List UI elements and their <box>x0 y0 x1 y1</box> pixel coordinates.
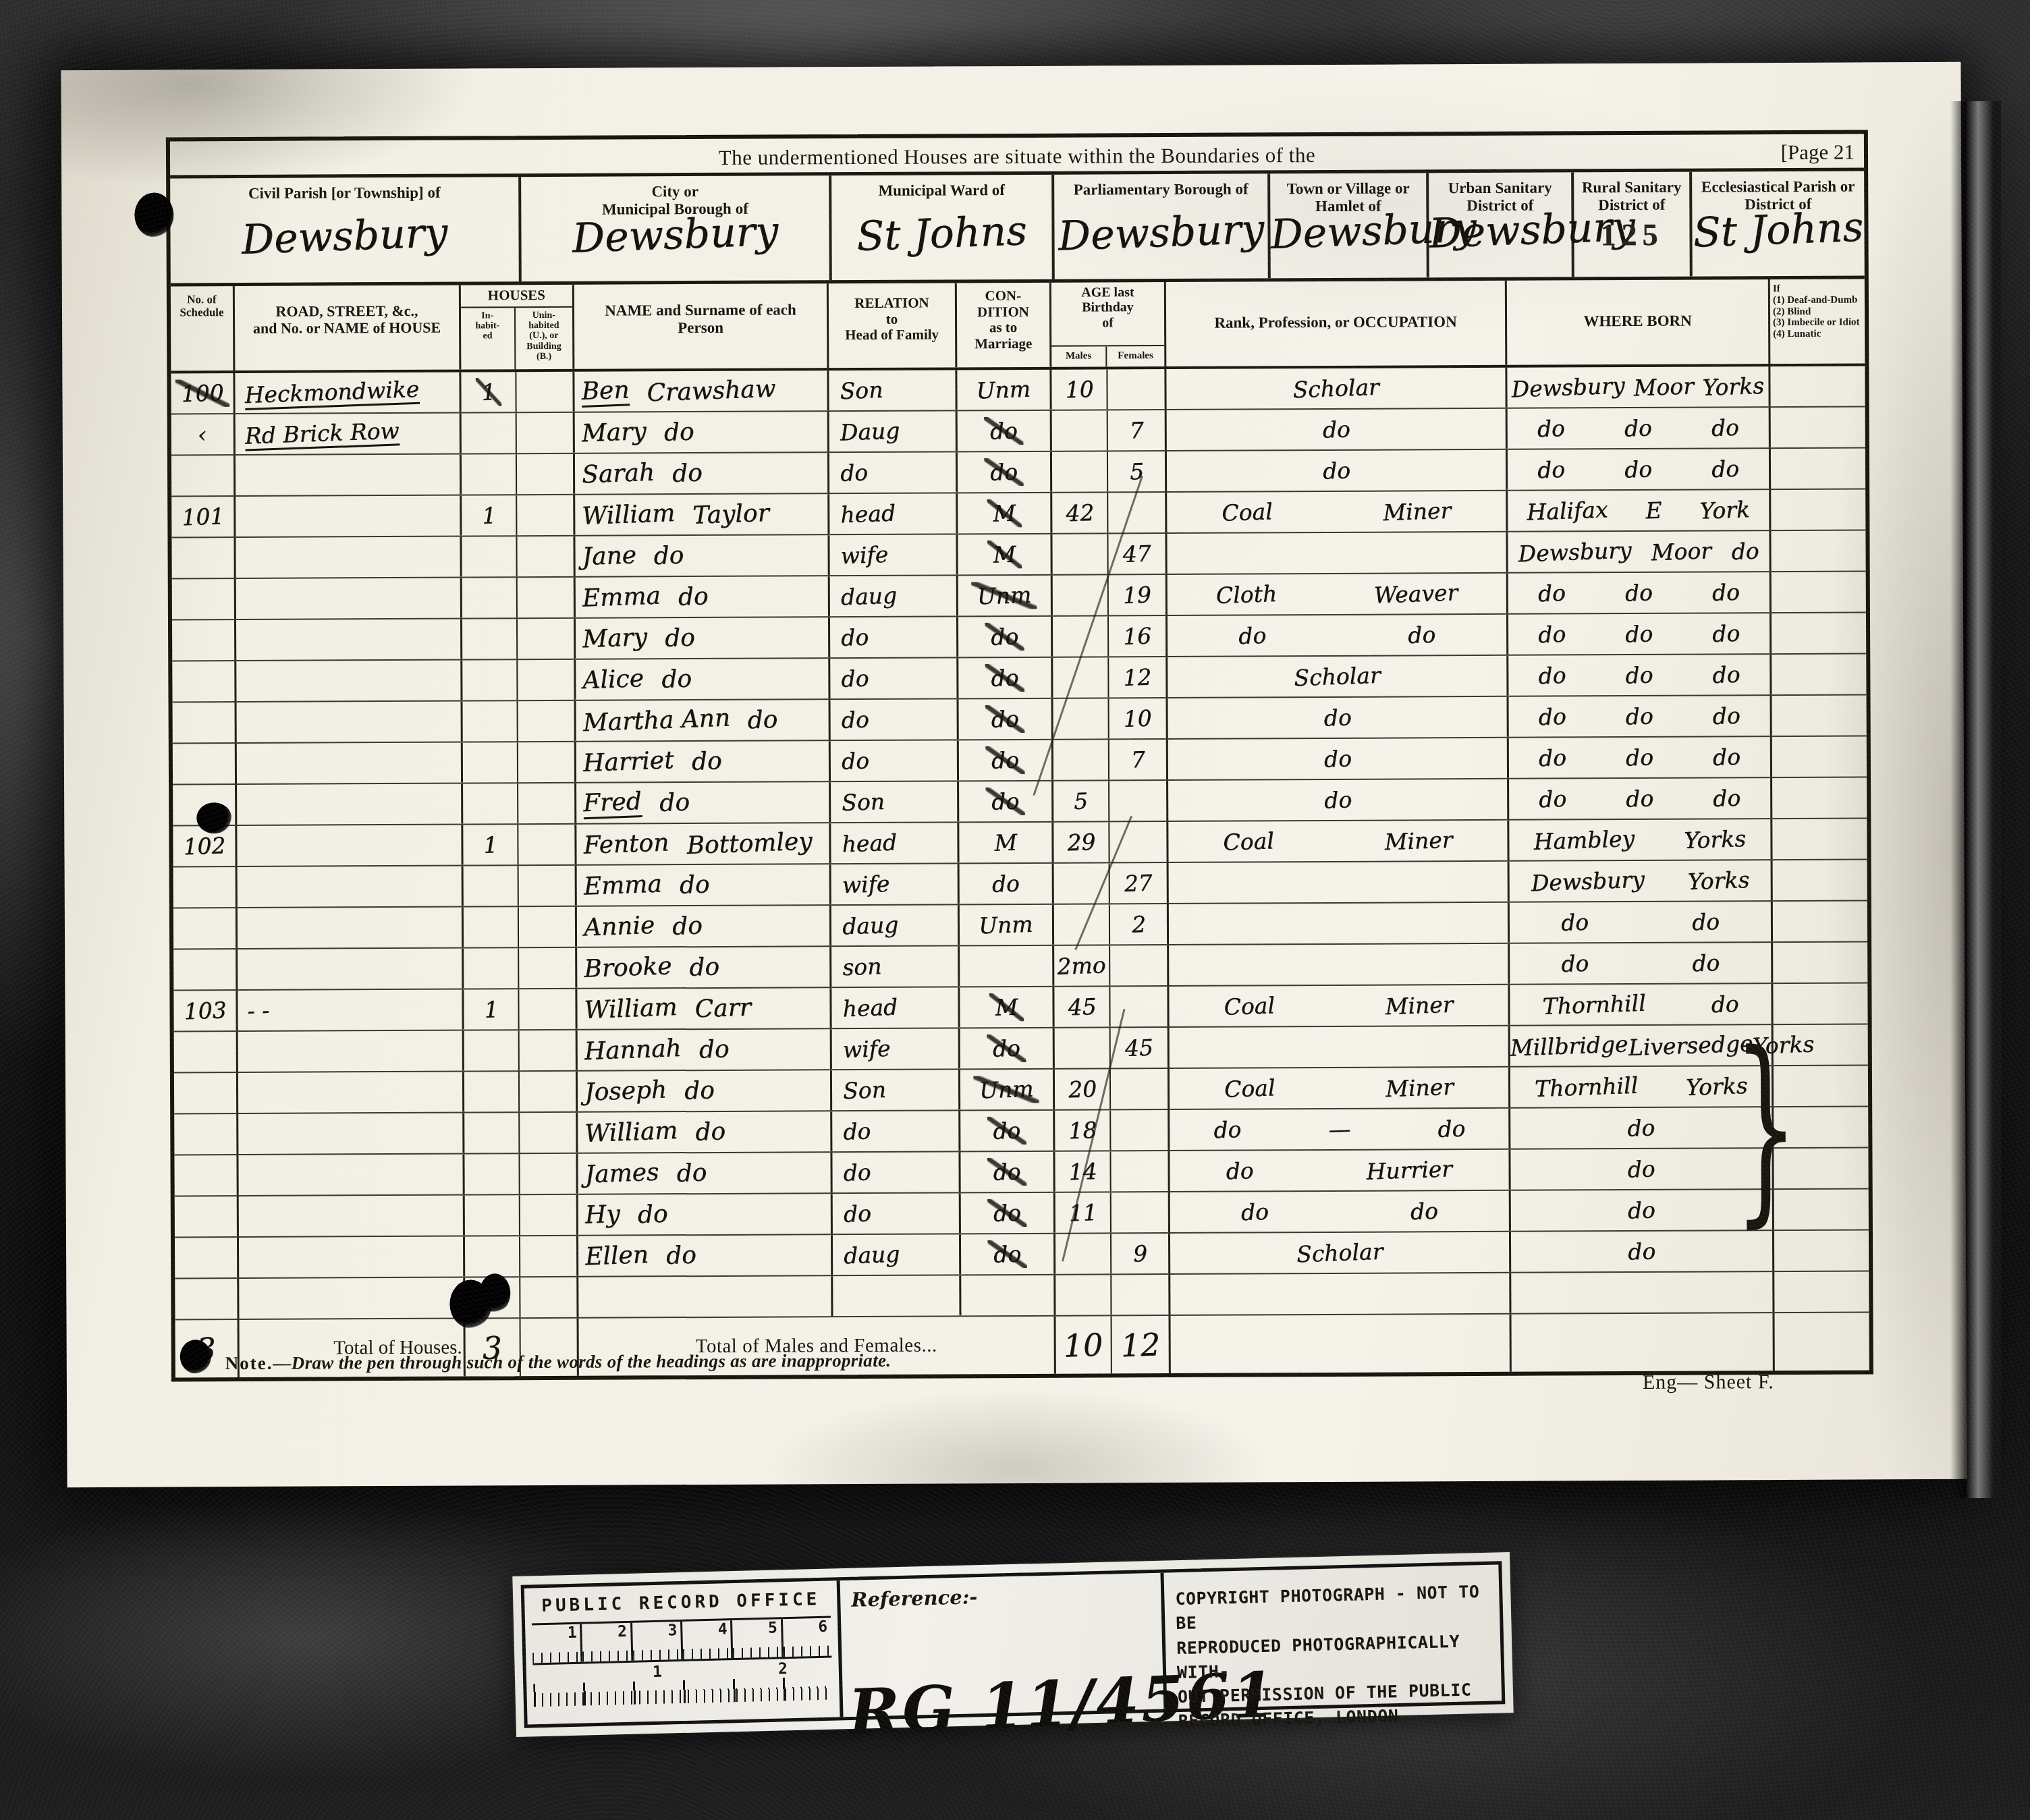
cell-age-female <box>1112 1192 1170 1232</box>
cell-road <box>239 1196 465 1236</box>
cell-inhabited <box>464 1072 520 1111</box>
cell-inhabited <box>465 1195 520 1235</box>
cell-uninhabited <box>516 372 574 412</box>
cell-age-male <box>1053 740 1109 779</box>
cell-name: Jamesdo <box>578 1153 832 1194</box>
cell-age-female <box>1112 1275 1170 1315</box>
cell-name: Williamdo <box>578 1111 832 1153</box>
census-row: Brookedoson2mododo <box>173 942 1867 991</box>
cell-age-male <box>1055 1275 1112 1315</box>
census-row: JosephdoSonUnm20CoalMinerThornhillYorks <box>174 1066 1868 1114</box>
cell-schedule <box>173 949 238 989</box>
header-road: ROAD, STREET, &c., and No. or NAME of HO… <box>235 285 462 370</box>
cell-road <box>238 1155 464 1195</box>
cell-born <box>1511 1272 1774 1313</box>
census-row: Harrietdododo7dodododo <box>173 736 1867 785</box>
cell-occupation: do <box>1168 779 1509 821</box>
cell-occupation <box>1170 1026 1510 1068</box>
cell-uninhabited <box>519 948 577 988</box>
cell-uninhabited <box>518 619 576 659</box>
cell-road <box>236 537 462 578</box>
census-page: The undermentioned Houses are situate wi… <box>61 62 1967 1487</box>
district-cell: Urban Sanitary District ofDewsbury <box>1429 172 1574 277</box>
stamp-reference-section: Reference:- RG 11/4561 <box>840 1573 1168 1717</box>
cell-relation: daug <box>830 576 958 616</box>
census-row: AnniedodaugUnm2dodo <box>173 901 1867 949</box>
ruler-inch-cell: 5 <box>732 1619 784 1658</box>
district-label: Parliamentary Borough of <box>1054 173 1267 199</box>
cell-condition: do <box>959 781 1053 822</box>
cell-born: dododo <box>1508 655 1772 696</box>
cell-relation: do <box>832 1111 960 1151</box>
census-row: 1021FentonBottomleyheadM29CoalMinerHambl… <box>173 819 1867 867</box>
ruler-inch-cell: 1 <box>532 1624 583 1663</box>
cell-road: Heckmondwike <box>235 373 461 413</box>
district-value: St Johns <box>831 206 1052 262</box>
cell-inhabited <box>463 701 518 741</box>
cell-uninhabited <box>520 1072 578 1111</box>
cell-name: WilliamCarr <box>577 988 831 1029</box>
cell-inhabited <box>464 1113 520 1153</box>
cell-occupation <box>1167 532 1508 574</box>
cell-name: WilliamTaylor <box>575 494 829 535</box>
district-value: St Johns <box>1691 204 1865 257</box>
cell-uninhabited <box>520 1236 578 1276</box>
stamp-ruler-inches: 123456 <box>532 1616 831 1665</box>
cell-occupation: CoalMiner <box>1169 985 1510 1026</box>
cell-name: Marydo <box>576 617 830 659</box>
cell-age-female: 27 <box>1110 863 1169 903</box>
census-row: Ellendodaugdo9Scholardo <box>175 1230 1869 1279</box>
cell-name: Marydo <box>575 412 829 453</box>
cell-disability <box>1772 572 1866 612</box>
cell-condition <box>960 946 1054 987</box>
header-uninhabited: Unin- habited (U.), or Building (B.) <box>516 307 573 369</box>
cell-condition: M <box>958 534 1052 575</box>
cell-born: dodo <box>1510 943 1773 984</box>
cell-inhabited: 1 <box>464 989 519 1029</box>
cell-disability <box>1771 448 1865 489</box>
page-title: The undermentioned Houses are situate wi… <box>170 140 1864 172</box>
district-value: Dewsbury <box>1053 205 1268 260</box>
cell-uninhabited <box>518 578 576 617</box>
cell-road <box>236 578 462 619</box>
cell-born: HambleyYorks <box>1509 819 1772 860</box>
census-row: Marydododo16dododododo <box>172 613 1866 661</box>
header-males: Males <box>1051 346 1107 366</box>
cell-inhabited <box>462 578 518 617</box>
cell-relation: head <box>831 823 959 863</box>
page-edge-shadow <box>1950 101 2001 1498</box>
cell-occupation <box>1169 862 1510 903</box>
stamp-ruler-fine: 1 2 <box>533 1661 833 1707</box>
cell-schedule <box>173 908 238 948</box>
cell-age-male <box>1052 451 1108 491</box>
cell-age-male <box>1053 657 1109 697</box>
cell-disability <box>1772 777 1867 818</box>
cell-relation <box>833 1275 961 1316</box>
cell-condition <box>961 1275 1055 1316</box>
cell-relation: daug <box>833 1234 961 1275</box>
cell-occupation: do—do <box>1170 1109 1510 1150</box>
cell-inhabited <box>463 742 518 782</box>
cell-road <box>236 619 462 660</box>
ink-blot <box>479 1273 510 1313</box>
cell-age-male: 20 <box>1055 1069 1111 1109</box>
cell-condition: M <box>958 493 1052 534</box>
cell-uninhabited <box>517 536 575 576</box>
cell-age-male: 2mo <box>1054 945 1110 985</box>
cell-age-female <box>1111 1151 1170 1191</box>
cell-road <box>237 743 463 783</box>
district-cell: Rural Sanitary District of125 <box>1574 172 1693 277</box>
cell-age-male: 11 <box>1055 1192 1112 1232</box>
cell-age-female <box>1111 1110 1170 1150</box>
cell-age-male <box>1052 534 1108 574</box>
cell-uninhabited <box>518 783 576 823</box>
stamp-reference-label: Reference:- <box>840 1573 1161 1612</box>
cell-name: Harrietdo <box>576 741 831 782</box>
census-table: The undermentioned Houses are situate wi… <box>166 130 1873 1381</box>
cell-uninhabited <box>517 454 575 494</box>
cell-age-male: 5 <box>1053 781 1109 821</box>
cell-road <box>238 949 464 989</box>
cell-born: dododo <box>1509 696 1772 737</box>
cell-uninhabited <box>517 413 575 453</box>
cell-relation: head <box>829 493 958 534</box>
cell-inhabited: 1 <box>463 825 518 864</box>
district-cell: Town or Village or Hamlet ofDewsbury <box>1270 173 1429 278</box>
cell-condition: Unm <box>957 370 1051 410</box>
cell-road <box>236 455 462 495</box>
cell-relation: do <box>833 1193 961 1234</box>
cell-born: DewsburyMoordo <box>1508 531 1771 572</box>
cell-uninhabited <box>520 1195 578 1235</box>
cell-inhabited <box>464 1154 520 1194</box>
cell-condition: do <box>958 411 1052 451</box>
cell-uninhabited <box>520 1277 578 1317</box>
cell-occupation: CoalMiner <box>1170 1068 1510 1109</box>
census-row: Hannahdowifedo45MillbridgeLiversedgeYork… <box>174 1024 1868 1073</box>
cell-name: Josephdo <box>578 1070 832 1111</box>
cell-disability <box>1773 860 1867 900</box>
cell-condition: do <box>961 1193 1055 1234</box>
district-label: Municipal Ward of <box>831 175 1051 200</box>
cell-occupation: do <box>1168 738 1509 779</box>
cell-occupation: CoalMiner <box>1167 491 1508 532</box>
cell-age-male <box>1055 1028 1111 1068</box>
cell-relation: Son <box>829 370 957 410</box>
cell-schedule: ‹ <box>171 414 236 454</box>
cell-age-male <box>1052 410 1108 450</box>
district-cell: Municipal Ward ofSt Johns <box>831 175 1055 280</box>
cell-road <box>237 702 463 742</box>
cell-relation: Son <box>831 781 959 822</box>
footer-note: Note.—Draw the pen through such of the w… <box>225 1350 891 1374</box>
cell-occupation <box>1169 944 1510 985</box>
district-cell: Civil Parish [or Township] ofDewsbury <box>170 177 522 283</box>
cell-disability <box>1774 1271 1869 1312</box>
cell-disability <box>1771 530 1865 571</box>
cell-age-male <box>1053 698 1109 738</box>
cell-age-female: 47 <box>1108 534 1167 574</box>
cell-relation: wife <box>832 1028 960 1069</box>
cell-occupation <box>1169 903 1510 944</box>
cell-inhabited <box>462 660 518 700</box>
cell-road <box>236 496 462 536</box>
cell-road <box>238 908 464 948</box>
cell-inhabited <box>462 413 517 453</box>
cell-disability <box>1773 942 1867 983</box>
header-age-group: AGE last Birthday of Males Females <box>1051 282 1167 367</box>
cell-schedule <box>171 456 236 495</box>
cell-inhabited <box>462 454 517 494</box>
cell-schedule <box>171 538 236 578</box>
cell-born: HalifaxEYork <box>1508 490 1771 531</box>
cell-uninhabited <box>520 1030 578 1070</box>
cell-age-female: 2 <box>1110 904 1169 944</box>
cell-schedule: 101 <box>171 497 236 536</box>
cell-name: Emmado <box>576 576 830 617</box>
cell-schedule: 102 <box>173 826 237 866</box>
census-row: 1011WilliamTaylorheadM42CoalMinerHalifax… <box>171 489 1865 538</box>
page-number: [Page 21 <box>1781 140 1855 165</box>
cell-age-male: 42 <box>1052 493 1108 532</box>
cell-road: - - <box>238 990 464 1030</box>
ink-blot <box>196 802 231 833</box>
header-disability: If (1) Deaf-and-Dumb (2) Blind (3) Imbec… <box>1770 279 1865 364</box>
cell-disability <box>1770 366 1865 406</box>
cell-condition: M <box>959 823 1053 863</box>
ruler-inch-cell: 4 <box>682 1620 734 1659</box>
cell-inhabited <box>465 1236 520 1276</box>
cell-age-female: 7 <box>1108 410 1167 450</box>
header-relation: RELATION to Head of Family <box>829 283 958 368</box>
census-row: Sarahdododo5dodododo <box>171 448 1865 497</box>
cell-road <box>238 1031 464 1072</box>
cell-age-female <box>1109 822 1168 862</box>
pro-stamp: PUBLIC RECORD OFFICE 123456 1 2 Referenc… <box>512 1552 1513 1737</box>
cell-road <box>237 825 463 866</box>
header-houses: HOUSES <box>461 285 572 308</box>
cell-road <box>238 1072 464 1113</box>
cell-occupation: doHurrier <box>1170 1150 1510 1191</box>
ink-blot <box>134 192 173 237</box>
cell-road <box>236 661 462 701</box>
cell-condition: do <box>960 1111 1055 1151</box>
sheet-label: Eng— Sheet F. <box>1643 1371 1774 1394</box>
cell-condition: do <box>960 1152 1055 1192</box>
census-row: JanedowifeM47DewsburyMoordo <box>171 530 1865 579</box>
cell-name: Emmado <box>577 864 831 906</box>
cell-condition: do <box>960 864 1054 904</box>
header-females: Females <box>1107 346 1165 366</box>
cell-occupation: do <box>1167 450 1508 491</box>
stamp-copyright: COPYRIGHT PHOTOGRAPH - NOT TO BE REPRODU… <box>1163 1564 1502 1734</box>
cell-inhabited <box>462 536 517 576</box>
cell-born: dododo <box>1509 778 1772 819</box>
cell-uninhabited <box>518 660 576 700</box>
district-value: Dewsbury <box>169 206 519 266</box>
cell-age-female: 9 <box>1112 1234 1170 1273</box>
census-row: Hydododo11dododo <box>175 1189 1869 1238</box>
cell-relation: do <box>830 658 958 698</box>
cell-name: Brookedo <box>577 947 831 988</box>
cell-born: dodo <box>1510 902 1773 943</box>
cell-relation: daug <box>831 905 960 945</box>
cell-schedule <box>173 867 238 907</box>
cell-relation: wife <box>831 864 960 904</box>
cell-uninhabited <box>519 989 577 1029</box>
cell-name: Hydo <box>578 1194 833 1235</box>
cell-occupation: Scholar <box>1168 656 1508 697</box>
ruler-inch-cell: 6 <box>783 1618 832 1657</box>
header-born: WHERE BORN <box>1507 279 1771 365</box>
cell-schedule <box>174 1073 238 1113</box>
cell-age-female <box>1109 781 1168 821</box>
cell-age-female: 19 <box>1109 575 1168 615</box>
cell-age-female: 12 <box>1109 657 1168 697</box>
cell-disability <box>1771 407 1865 447</box>
cell-born: dododo <box>1508 572 1772 613</box>
cell-disability <box>1772 654 1866 694</box>
cell-occupation: dodo <box>1170 1191 1511 1232</box>
header-name: NAME and Surname of each Person <box>574 283 829 369</box>
census-row: FreddoSondo5dodododo <box>173 777 1867 826</box>
ruler-inch-cell: 3 <box>632 1622 684 1661</box>
cell-name: Martha Anndo <box>576 700 831 741</box>
cell-condition: do <box>960 1028 1055 1069</box>
cell-inhabited <box>463 783 518 823</box>
cell-condition: do <box>958 452 1052 493</box>
cell-occupation <box>1170 1273 1511 1315</box>
cell-condition: Unm <box>958 576 1053 616</box>
cell-age-female <box>1108 493 1167 532</box>
cell-inhabited <box>462 619 518 659</box>
cell-uninhabited <box>520 1154 578 1194</box>
header-age: AGE last Birthday of <box>1051 282 1164 346</box>
cell-born: dododo <box>1508 408 1771 449</box>
stamp-office-title: PUBLIC RECORD OFFICE <box>531 1589 831 1617</box>
cell-name: Freddo <box>576 782 831 823</box>
district-label: Civil Parish [or Township] of <box>170 177 518 203</box>
data-grid: 100Heckmondwike1BenCrawshawSonUnm10Schol… <box>171 366 1869 1320</box>
cell-schedule <box>172 579 236 619</box>
cell-schedule <box>172 661 236 701</box>
cell-schedule <box>174 1155 238 1195</box>
cell-relation: do <box>830 617 958 657</box>
census-row: ‹Rd Brick RowMarydoDaugdo7dodododo <box>171 407 1865 456</box>
header-schedule: No. of Schedule <box>171 286 236 370</box>
grouping-brace: } <box>1733 1026 1799 1229</box>
cell-born: dododo <box>1508 613 1772 655</box>
cell-road: Rd Brick Row <box>236 414 462 454</box>
census-row: EmmadodaugUnm19ClothWeaverdododo <box>172 572 1866 620</box>
census-row <box>175 1271 1869 1320</box>
cell-road <box>239 1278 465 1319</box>
cell-name: BenCrawshaw <box>574 370 829 412</box>
census-row: Emmadowifedo27DewsburyYorks <box>173 860 1867 908</box>
cell-inhabited: 1 <box>461 372 516 412</box>
cell-age-female <box>1111 1069 1170 1109</box>
cell-schedule <box>175 1196 239 1236</box>
cell-schedule <box>174 1114 238 1154</box>
cell-uninhabited <box>518 701 576 741</box>
header-occupation: Rank, Profession, or OCCUPATION <box>1166 281 1508 366</box>
stamp-copyright-section: COPYRIGHT PHOTOGRAPH - NOT TO BE REPRODU… <box>1163 1564 1502 1709</box>
census-row: 100Heckmondwike1BenCrawshawSonUnm10Schol… <box>171 366 1865 414</box>
cell-schedule <box>174 1032 238 1072</box>
header-houses-group: HOUSES In- habit- ed Unin- habited (U.),… <box>461 285 575 370</box>
cell-name: Sarahdo <box>575 453 829 494</box>
cell-age-female: 7 <box>1109 740 1168 779</box>
header-inhabited: In- habit- ed <box>461 308 516 370</box>
cell-inhabited <box>464 866 519 906</box>
cell-inhabited: 1 <box>462 495 517 535</box>
cell-inhabited <box>464 948 519 988</box>
cell-occupation: CoalMiner <box>1168 821 1509 862</box>
cell-occupation: Scholar <box>1170 1232 1511 1273</box>
census-row: 103- -1WilliamCarrheadM45CoalMinerThornh… <box>173 983 1867 1032</box>
cell-name: Hannahdo <box>578 1029 832 1070</box>
district-value: Dewsbury <box>1428 205 1572 258</box>
ruler-inch-cell: 2 <box>582 1623 633 1662</box>
census-row: Alicedododo12Scholardododo <box>172 654 1866 702</box>
district-header: Civil Parish [or Township] ofDewsburyCit… <box>170 171 1865 286</box>
cell-uninhabited <box>519 866 577 906</box>
cell-condition: do <box>961 1234 1055 1275</box>
photograph-background: The undermentioned Houses are situate wi… <box>0 0 2030 1820</box>
cell-inhabited <box>464 1030 520 1070</box>
cell-condition: Unm <box>960 1070 1055 1110</box>
cell-condition: Unm <box>960 905 1054 945</box>
cell-schedule <box>175 1238 239 1277</box>
cell-inhabited <box>464 907 519 947</box>
district-cell: City or Municipal Borough ofDewsbury <box>521 175 832 281</box>
cell-disability <box>1772 819 1867 859</box>
column-headers: No. of Schedule ROAD, STREET, &c., and N… <box>171 279 1865 373</box>
cell-age-male: 29 <box>1053 822 1109 862</box>
cell-name: FentonBottomley <box>576 823 831 864</box>
census-row: Martha Anndododo10dodododo <box>173 695 1867 744</box>
cell-road <box>238 1113 464 1154</box>
cell-condition: M <box>960 987 1054 1028</box>
cell-road <box>237 784 463 825</box>
cell-age-female: 45 <box>1111 1028 1170 1068</box>
cell-name: Janedo <box>575 535 829 576</box>
district-cell: Ecclesiastical Parish or District ofSt J… <box>1692 171 1865 276</box>
totals-females: 12 <box>1112 1316 1171 1373</box>
cell-condition: do <box>958 617 1053 657</box>
cell-occupation: ClothWeaver <box>1168 574 1508 615</box>
cell-relation: do <box>829 452 958 493</box>
district-value: Dewsbury <box>1269 206 1427 258</box>
cell-disability <box>1772 613 1866 653</box>
cell-relation: head <box>831 987 960 1028</box>
totals-males: 10 <box>1056 1316 1112 1373</box>
cell-disability <box>1772 695 1867 736</box>
cell-age-female <box>1107 369 1166 409</box>
cell-schedule <box>173 744 237 783</box>
cell-age-male: 45 <box>1054 987 1110 1026</box>
cell-age-male: 18 <box>1055 1110 1111 1150</box>
cell-uninhabited <box>520 1113 578 1153</box>
cell-condition: do <box>958 658 1053 698</box>
cell-age-female: 16 <box>1109 616 1168 656</box>
cell-born: dododo <box>1509 737 1772 778</box>
cell-schedule: 103 <box>173 991 238 1030</box>
cell-relation: Son <box>832 1070 960 1110</box>
